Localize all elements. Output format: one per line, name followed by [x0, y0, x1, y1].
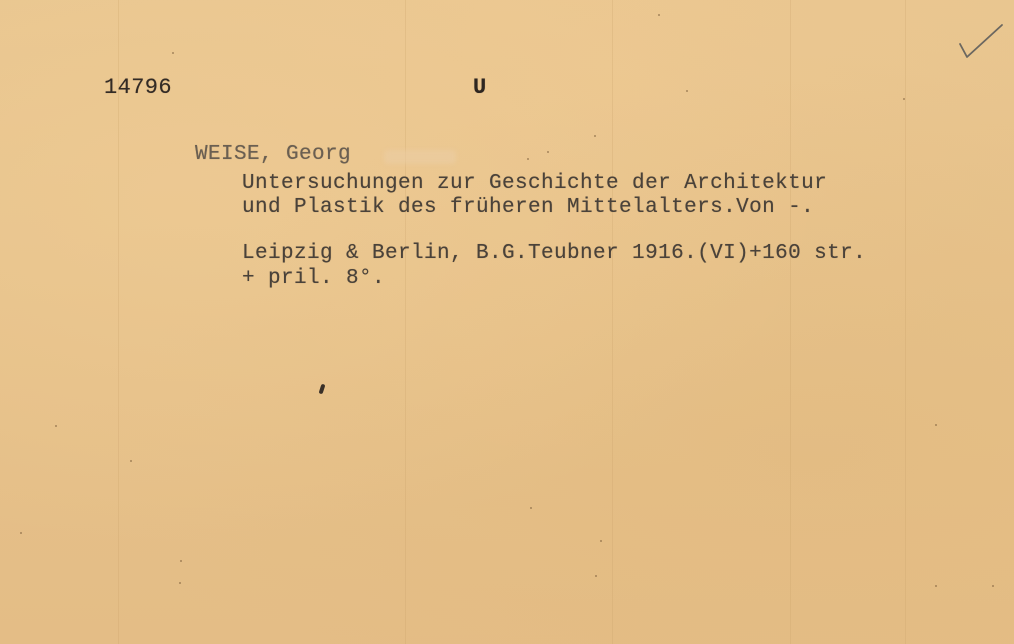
paper-speck	[130, 460, 132, 462]
title-line: Untersuchungen zur Geschichte der Archit…	[242, 172, 827, 196]
paper-speck	[179, 582, 181, 584]
author-heading: WEISE, Georg	[195, 143, 351, 167]
imprint-line: Leipzig & Berlin, B.G.Teubner 1916.(VI)+…	[242, 242, 866, 266]
paper-speck	[658, 14, 660, 16]
paper-speck	[55, 425, 57, 427]
imprint-line: + pril. 8°.	[242, 267, 385, 291]
paper-speck	[992, 585, 994, 587]
paper-speck	[180, 560, 182, 562]
paper-speck	[903, 98, 905, 100]
erased-text	[384, 150, 456, 164]
paper-speck	[527, 158, 529, 160]
paper-speck	[594, 135, 596, 137]
paper-fiber	[612, 0, 613, 644]
paper-speck	[935, 585, 937, 587]
paper-speck	[935, 424, 937, 426]
paper-fiber	[790, 0, 791, 644]
paper-speck	[547, 151, 549, 153]
catalog-card: 14796 U WEISE, Georg Untersuchungen zur …	[0, 0, 1014, 644]
paper-speck	[600, 540, 602, 542]
checkmark-icon	[958, 22, 1004, 62]
paper-fiber	[905, 0, 906, 644]
paper-fiber	[405, 0, 406, 644]
paper-speck	[686, 90, 688, 92]
paper-speck	[595, 575, 597, 577]
paper-speck	[530, 507, 532, 509]
title-line: und Plastik des früheren Mittelalters.Vo…	[242, 196, 814, 220]
ink-mark	[319, 384, 326, 395]
location-mark: U	[473, 76, 487, 100]
call-number: 14796	[104, 76, 172, 100]
paper-speck	[172, 52, 174, 54]
paper-speck	[20, 532, 22, 534]
